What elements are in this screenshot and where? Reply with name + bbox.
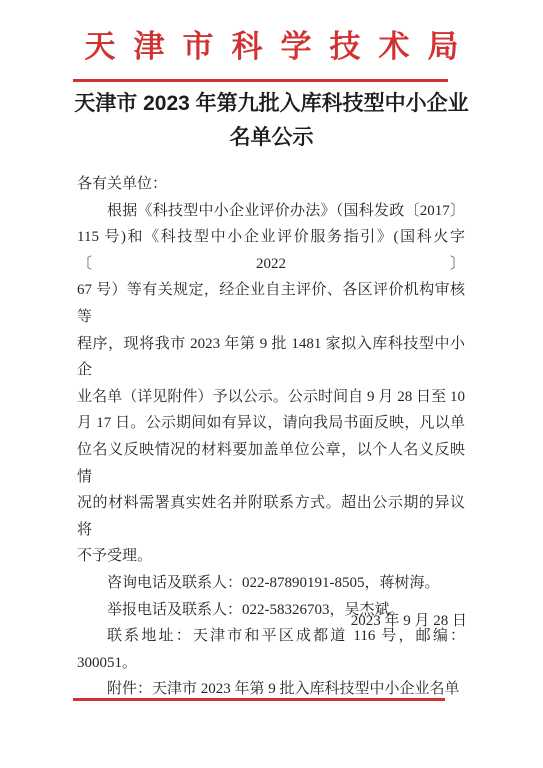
body-line-5: 程序，现将我市 2023 年第 9 批 1481 家拟入库科技型中小企	[77, 331, 465, 384]
document-title: 天津市 2023 年第九批入库科技型中小企业 名单公示	[40, 87, 503, 155]
footer-divider-line	[73, 698, 445, 701]
agency-name: 天津市科学技术局	[85, 29, 477, 64]
body-line-7: 月 17 日。公示期间如有异议，请向我局书面反映，凡以单	[77, 410, 465, 437]
body-line-10: 不予受理。	[77, 543, 465, 570]
issue-date: 2023 年 9 月 28 日	[77, 608, 467, 635]
consult-phone-line: 咨询电话及联系人：022-87890191-8505，蒋树海。	[77, 570, 465, 597]
salutation-line: 各有关单位：	[77, 171, 465, 198]
body-line-3: 115 号)和《科技型中小企业评价服务指引》(国科火字〔2022〕	[77, 224, 465, 277]
body-line-8: 位名义反映情况的材料要加盖单位公章，以个人名义反映情	[77, 437, 465, 490]
notice-document-page: 天津市科学技术局 天津市 2023 年第九批入库科技型中小企业 名单公示 各有关…	[0, 0, 543, 768]
body-line-6: 业名单（详见附件）予以公示。公示时间自 9 月 28 日至 10	[77, 384, 465, 411]
postal-code-line: 300051。	[77, 650, 465, 677]
masthead-divider-line	[73, 79, 448, 82]
body-line-9: 况的材料需署真实姓名并附联系方式。超出公示期的异议将	[77, 490, 465, 543]
body-line-2: 根据《科技型中小企业评价办法》（国科发政〔2017〕	[77, 198, 465, 225]
agency-masthead: 天津市科学技术局	[0, 26, 543, 68]
body-line-4: 67 号）等有关规定，经企业自主评价、各区评价机构审核等	[77, 277, 465, 330]
document-title-line-1: 天津市 2023 年第九批入库科技型中小企业	[40, 87, 503, 121]
document-title-line-2: 名单公示	[40, 121, 503, 155]
